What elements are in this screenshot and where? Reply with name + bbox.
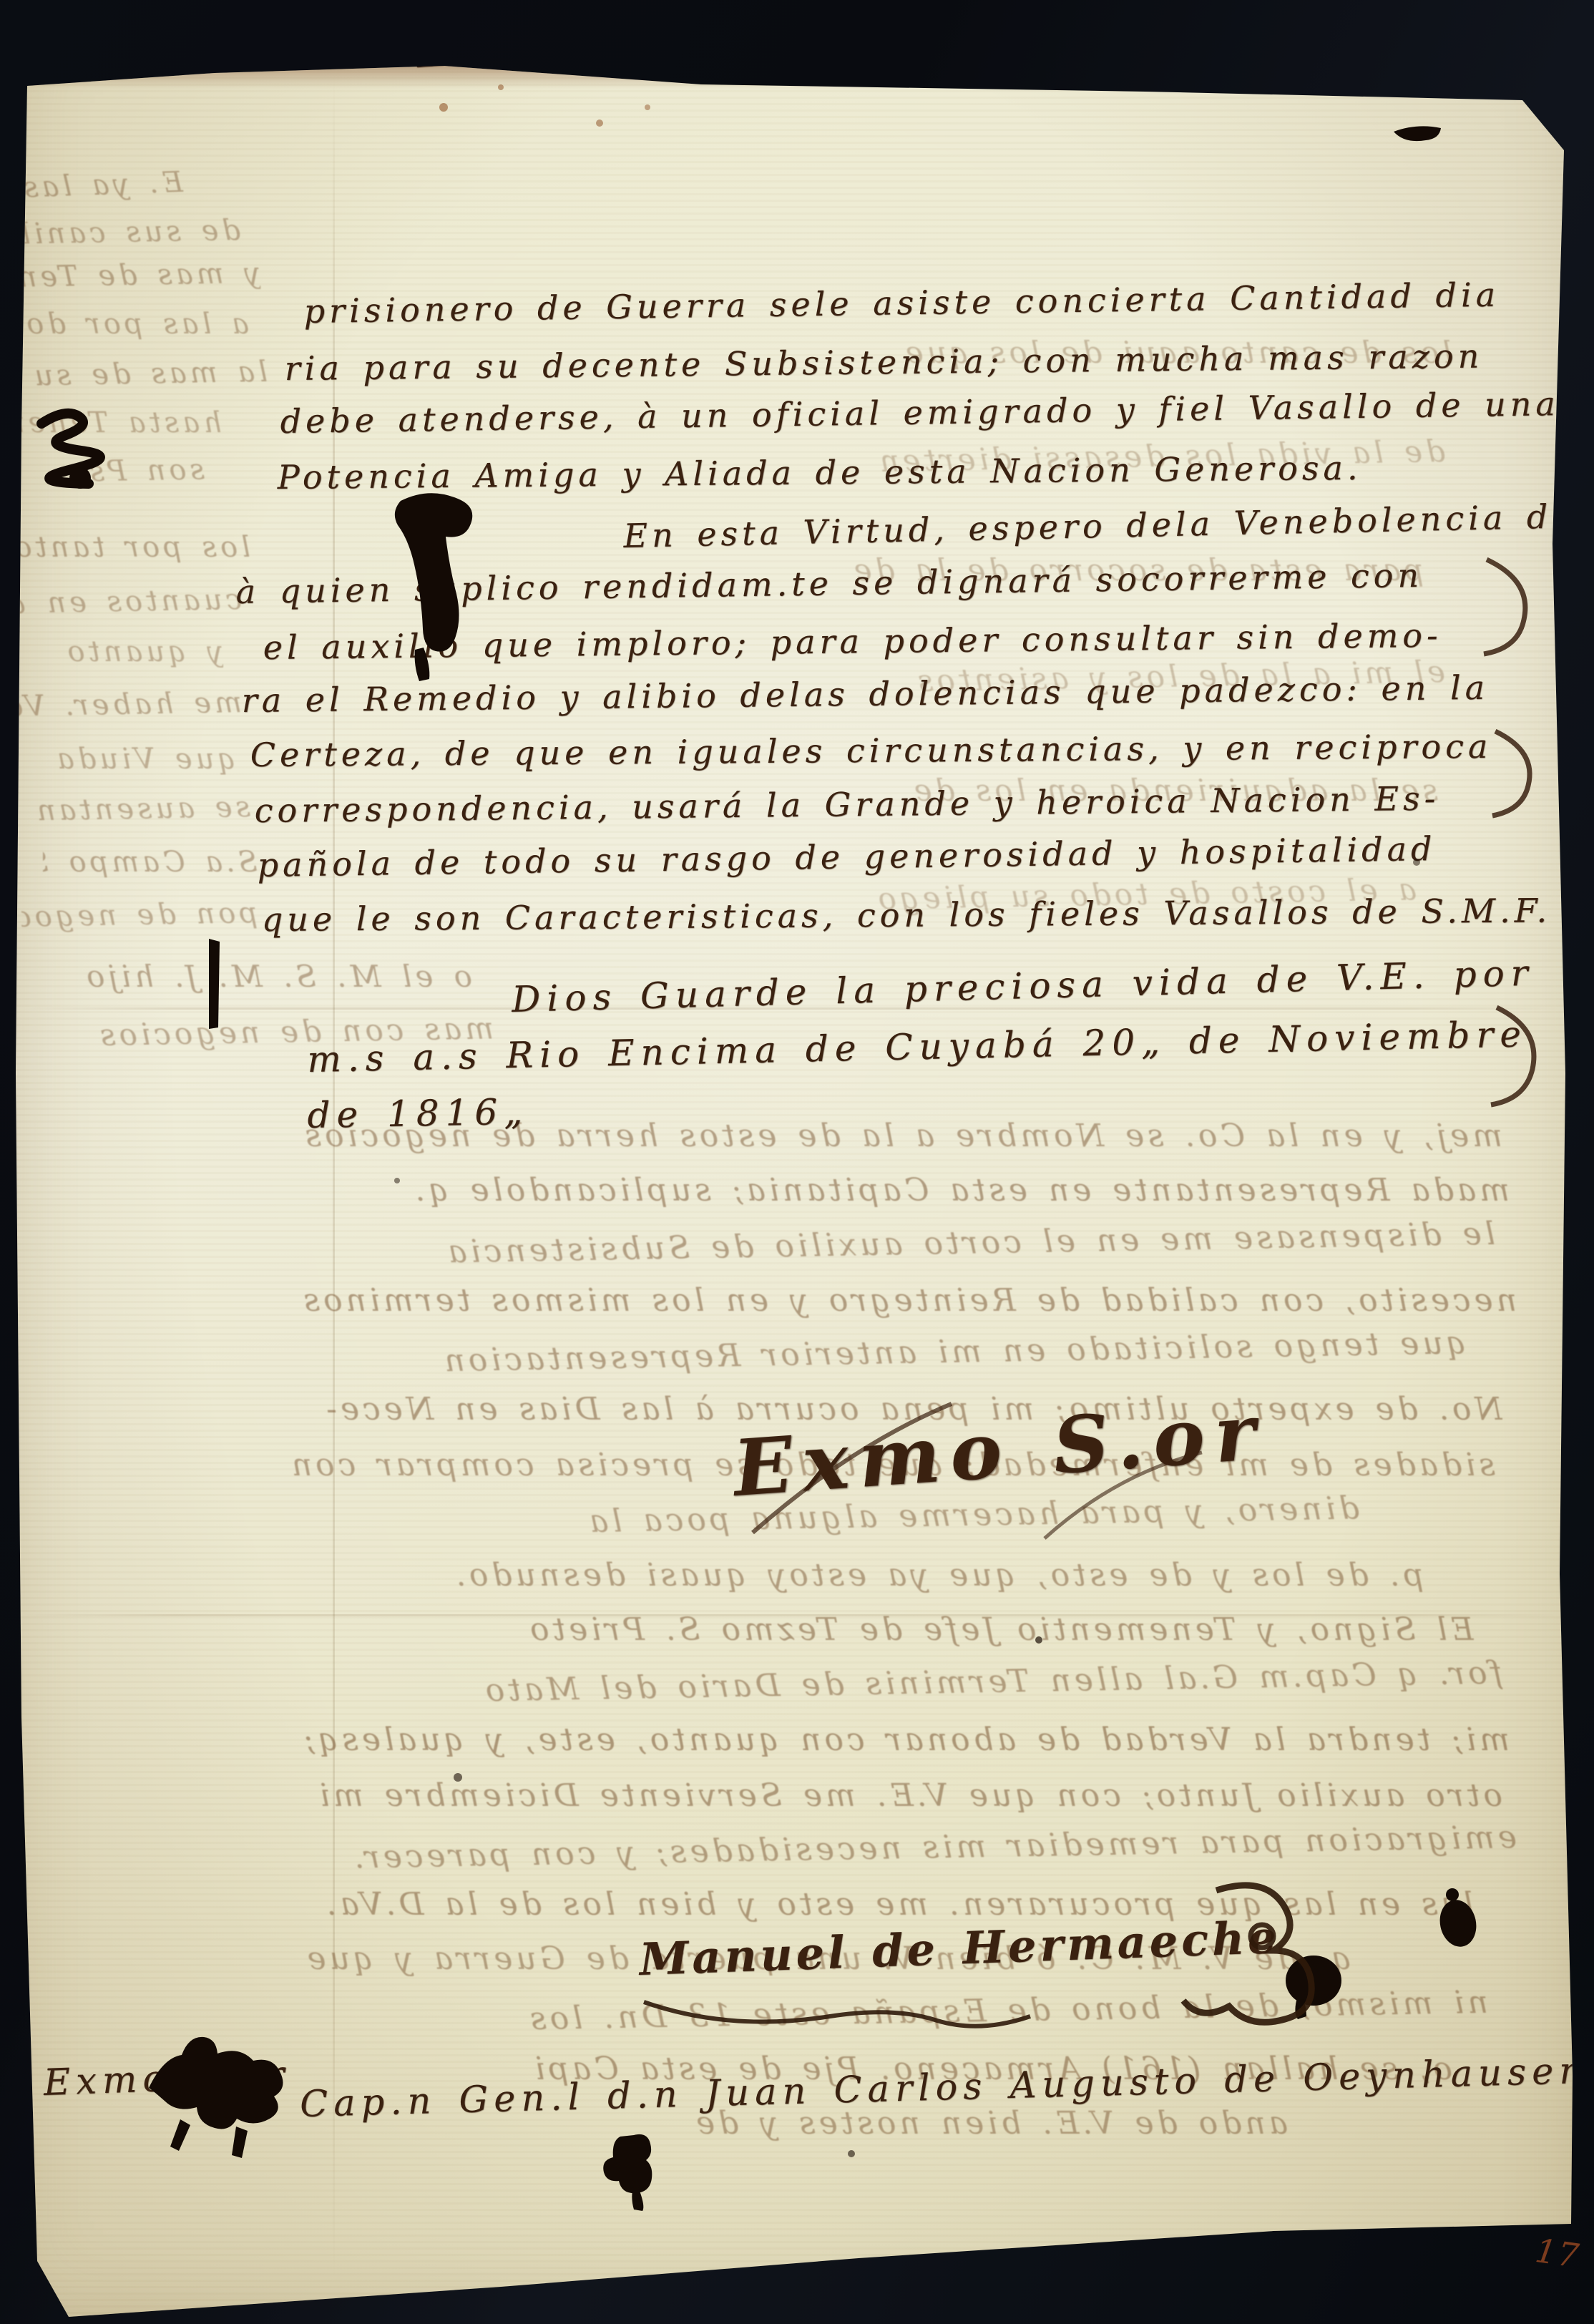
bleedthrough-line: a las por dos E. y a la — [6, 308, 249, 341]
manuscript-line: Dios Guarde la preciosa vida de V.E. por — [511, 952, 1535, 1020]
bleedthrough-line: que tengo solicitado en mi anterior Repr… — [107, 1324, 1467, 1385]
manuscript-line: que le son Caracteristicas, con los fiel… — [262, 891, 1552, 939]
address-prefix: Exmo S.or — [43, 2054, 291, 2104]
bleedthrough-line: o el M. S. M. J. hijo — [29, 959, 472, 994]
bleedthrough-line: emigracion para remediar mis necesidades… — [64, 1819, 1517, 1880]
bleedthrough-line: p. de los y de esto, que ya estoy quasi … — [79, 1557, 1424, 1593]
bleedthrough-line: le dispensase me en el corto auxilio de … — [93, 1216, 1496, 1276]
bleedthrough-line: me haber. Voz — [6, 686, 243, 723]
bleedthrough-line: El Signo, y Tenementio Jefe de Tezmo S. … — [100, 1611, 1474, 1648]
bleedthrough-line: son Ps. — [4, 454, 205, 490]
photographed-manuscript: { "page": { "background_color": "#0a0d13… — [0, 0, 1594, 2324]
manuscript-page: E. ya lasde sus canilasy mas de Tenera l… — [0, 0, 1594, 2324]
bleedthrough-line: necesito, con calidad de Reintegro y en … — [100, 1282, 1517, 1319]
manuscript-line: En esta Virtud, espero dela Venebolencia… — [623, 494, 1594, 555]
bleedthrough-line: cuantos en que me — [6, 583, 243, 620]
manuscript-line: debe atenderse, à un oficial emigrado y … — [280, 384, 1560, 441]
bleedthrough-line: ni mismo, de la bono de España este 13 D… — [86, 1984, 1489, 2045]
bleedthrough-line: la mas de su caudal se — [3, 356, 268, 393]
bleedthrough-line: que Viuda — [21, 743, 236, 776]
bleedthrough-line: mada Representante en esta Capitania; su… — [107, 1172, 1510, 1209]
bleedthrough-line: E. ya las — [11, 166, 183, 205]
manuscript-line: prisionero de Guerra sele asiste concier… — [303, 275, 1500, 331]
bleedthrough-line: mi; tendra la Verdad de abonar con quant… — [64, 1722, 1510, 1758]
bleedthrough-line: de sus canilas — [4, 214, 241, 251]
bleedthrough-line: mej, y en la Co. se Nombre a la de estos… — [86, 1118, 1502, 1154]
manuscript-line: Certeza, de que en iguales circunstancia… — [250, 727, 1492, 774]
bleedthrough-line: y mas de Tener — [3, 257, 261, 294]
bleedthrough-line: se ausentan y — [14, 791, 251, 828]
bleedthrough-line: S.a Campo S.ta — [43, 846, 258, 879]
bleedthrough-line: otro auxilio Junto; con que V.E. me Serv… — [72, 1777, 1502, 1814]
bleedthrough-line: pon de negocios — [21, 897, 258, 934]
bleedthrough-line: dinero, y para hacerme alguna poca la — [86, 1490, 1360, 1548]
bleedthrough-line: for. q Cap.m G.al allen Terminis de Dari… — [72, 1655, 1503, 1717]
manuscript-line: de 1816„ — [307, 1091, 529, 1136]
folio-number: 17 — [1533, 2231, 1583, 2275]
bleedthrough-line: hasta Tener — [7, 406, 222, 439]
bleedthrough-line: los por tantos demas — [7, 531, 250, 564]
bleedthrough-line: y quanto — [9, 635, 223, 668]
